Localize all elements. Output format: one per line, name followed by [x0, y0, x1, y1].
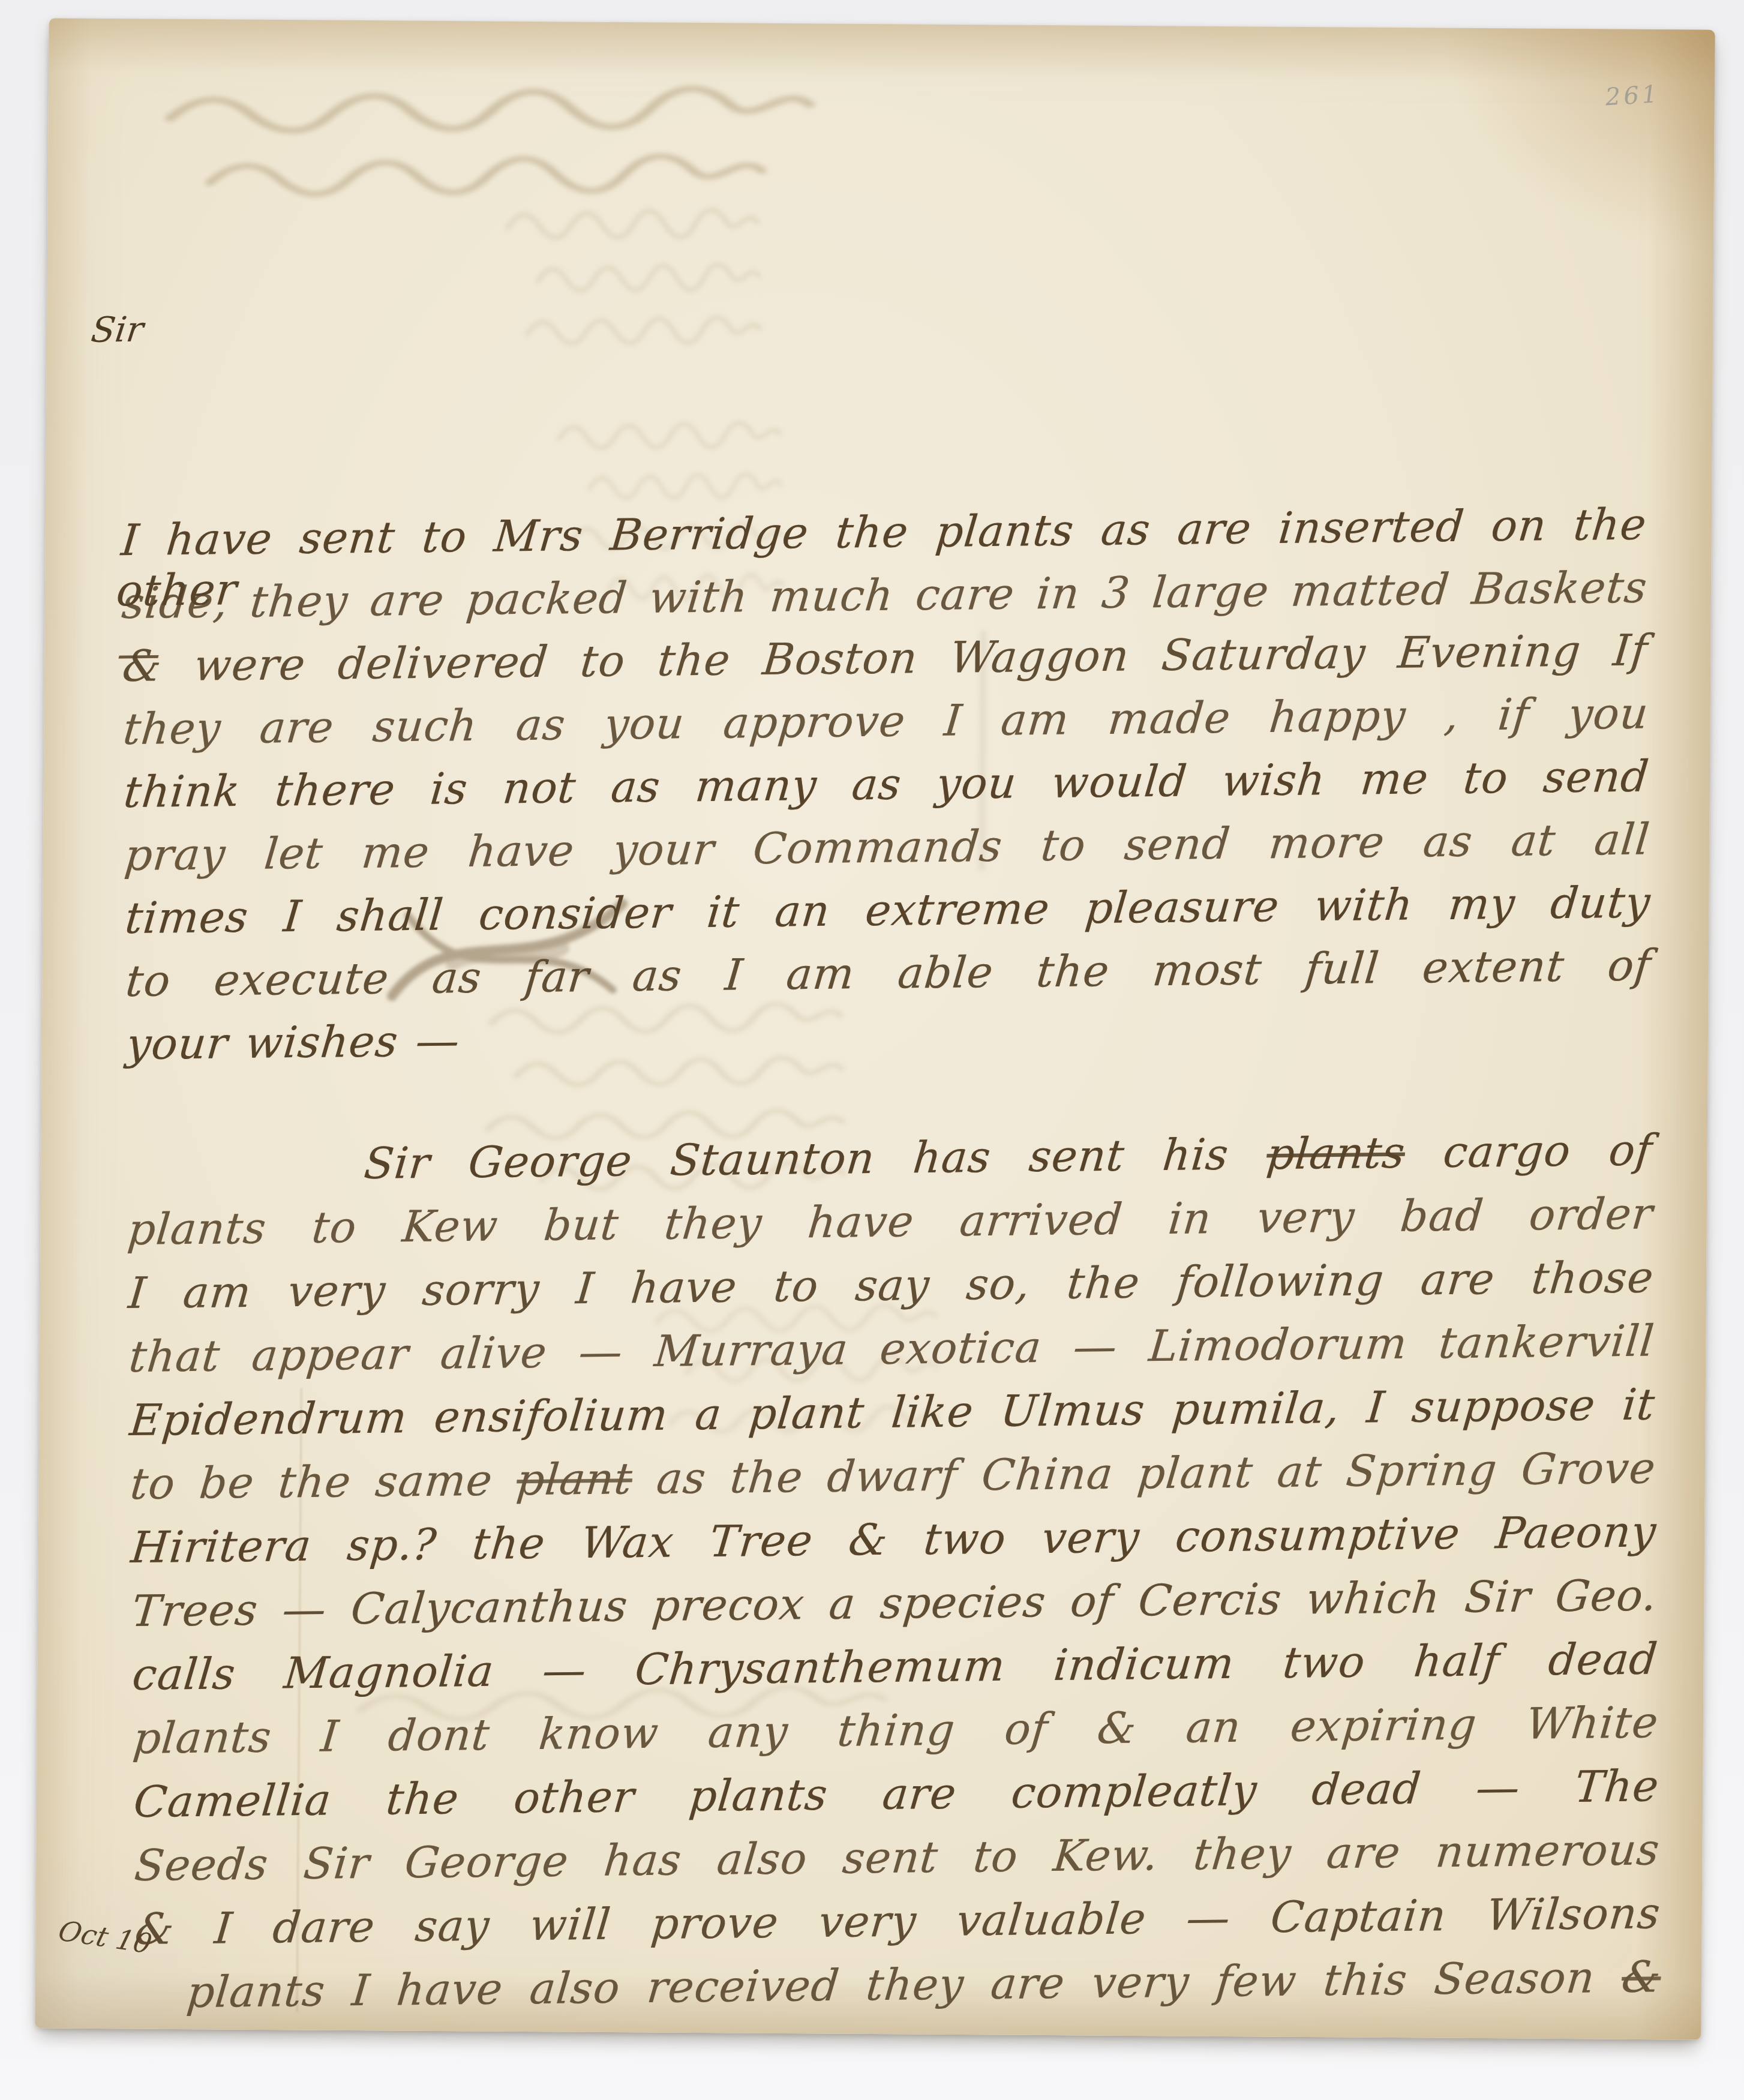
letter-text: Sir George Staunton has sent his	[362, 1129, 1269, 1189]
letter-text: your wishes —	[124, 1015, 462, 1069]
letter-text: Hiritera sp.? the Wax Tree & two very co…	[129, 1506, 1659, 1573]
letter-text: Epidendrum ensifolium a plant like Ulmus…	[128, 1379, 1658, 1445]
letter-text: plants I have also received they are ver…	[185, 1952, 1625, 2017]
letter-text: & I dare say will prove very valuable — …	[133, 1888, 1663, 1954]
struck-word: &	[1620, 1951, 1664, 2002]
letter-paragraph-1: I have sent to Mrs Berridge the plants a…	[121, 499, 1652, 1082]
letter-text: that appear alive — Murraya exotica — Li…	[127, 1315, 1657, 1382]
letter-text: Camellia the other plants are compleatly…	[131, 1760, 1661, 1827]
letter-text: cargo of	[1403, 1124, 1655, 1177]
letter-text: Trees — Calycanthus precox a species of …	[130, 1570, 1659, 1636]
letter-text: to be the same	[128, 1454, 520, 1509]
letter-text: as the dwarf China plant at Spring Grove	[630, 1442, 1658, 1504]
struck-word: plant	[515, 1453, 635, 1505]
scan-background: 261 Sir I have sent to Mrs Berridge the …	[0, 0, 1744, 2100]
letter-text: plants I dont know any thing of & an exp…	[131, 1697, 1661, 1763]
letter-text: calls Magnolia — Chrysanthemum indicum t…	[130, 1633, 1660, 1700]
letter-text: plants to Kew but they have arrived in v…	[125, 1188, 1655, 1255]
struck-word: plants	[1265, 1127, 1407, 1179]
letter-text: Seeds Sir George has also sent to Kew. t…	[133, 1824, 1662, 1891]
letter-paragraph-2: Sir George Staunton has sent his plants …	[127, 1118, 1661, 2024]
letter-page: 261 Sir I have sent to Mrs Berridge the …	[35, 18, 1715, 2039]
letter-writing-layer: Sir I have sent to Mrs Berridge the plan…	[32, 16, 1719, 2043]
salutation: Sir	[89, 309, 146, 350]
letter-text: I am very sorry I have to say so, the fo…	[127, 1252, 1656, 1318]
